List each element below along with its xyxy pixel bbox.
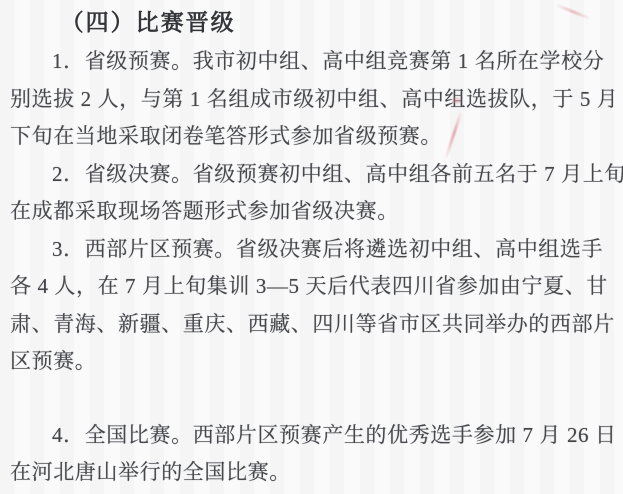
text-line: 在成都采取现场答题形式参加省级决赛。 — [10, 193, 609, 231]
text-line: 3．西部片区预赛。省级决赛后将遴选初中组、高中组选手 — [10, 231, 609, 269]
text-line: 4．全国比赛。西部片区预赛产生的优秀选手参加 7 月 26 日 — [10, 417, 609, 455]
text-line: 各 4 人，在 7 月上旬集训 3—5 天后代表四川省参加由宁夏、甘 — [10, 268, 609, 306]
text-line: 别选拔 2 人，与第 1 名组成市级初中组、高中组选拔队，于 5 月 — [10, 81, 609, 119]
scanned-document-page: （四）比赛晋级 1．省级预赛。我市初中组、高中组竞赛第 1 名所在学校分 别选拔… — [0, 0, 623, 494]
paragraph-national-competition: 4．全国比赛。西部片区预赛产生的优秀选手参加 7 月 26 日 在河北唐山举行的… — [10, 417, 609, 492]
text-line: 在河北唐山举行的全国比赛。 — [10, 454, 609, 492]
text-line: 肃、青海、新疆、重庆、西藏、四川等省市区共同举办的西部片 — [10, 306, 609, 344]
paragraph-western-region-preliminary: 3．西部片区预赛。省级决赛后将遴选初中组、高中组选手 各 4 人，在 7 月上旬… — [10, 231, 609, 381]
text-line: 下旬在当地采取闭卷笔答形式参加省级预赛。 — [10, 118, 609, 156]
section-heading: （四）比赛晋级 — [10, 3, 609, 43]
text-line: 1．省级预赛。我市初中组、高中组竞赛第 1 名所在学校分 — [10, 43, 609, 81]
text-line: 区预赛。 — [10, 343, 609, 381]
paragraph-provincial-final: 2．省级决赛。省级预赛初中组、高中组各前五名于 7 月上旬 在成都采取现场答题形… — [10, 156, 609, 231]
paragraph-provincial-preliminary: 1．省级预赛。我市初中组、高中组竞赛第 1 名所在学校分 别选拔 2 人，与第 … — [10, 43, 609, 156]
text-line: 2．省级决赛。省级预赛初中组、高中组各前五名于 7 月上旬 — [10, 156, 609, 194]
